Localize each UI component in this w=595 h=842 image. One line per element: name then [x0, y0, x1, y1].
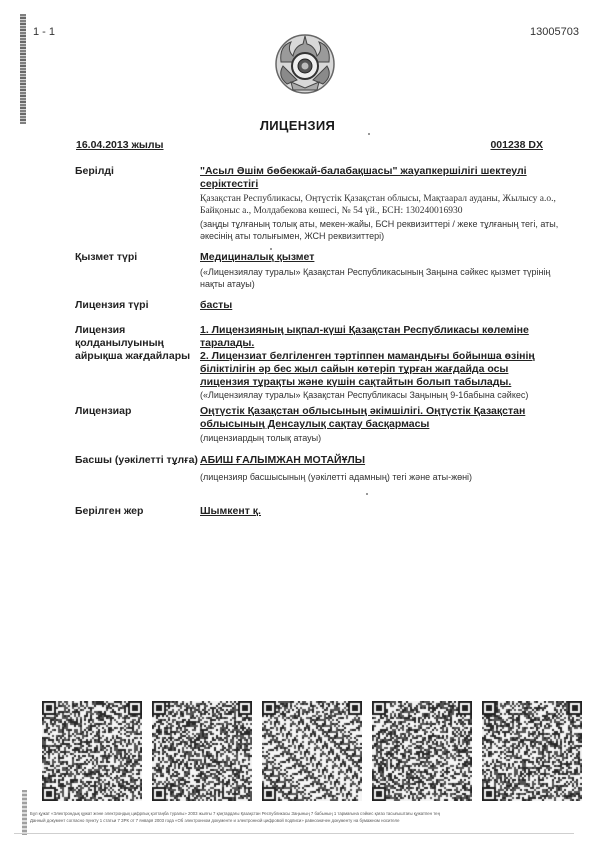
- head-note: (лицензияр басшысының (уәкілетті адамның…: [200, 472, 555, 484]
- scan-edge-artifact: [20, 14, 26, 124]
- issue-date: 16.04.2013 жылы: [76, 139, 164, 151]
- footer-legal-kz: Бұл құжат «Электрондық құжат және электр…: [30, 811, 570, 816]
- place-of-issue-label: Берілген жер: [75, 505, 200, 518]
- scan-speck: [368, 133, 370, 135]
- special-conditions-value-1: 1. Лицензияның ықпал-күші Қазақстан Респ…: [200, 324, 560, 350]
- license-number: 001238 DX: [490, 139, 543, 151]
- special-conditions-label: Лицензия қолданылуының айрықша жағдайлар…: [75, 324, 195, 363]
- scan-speck: [270, 248, 272, 250]
- head-value: АБИШ ҒАЛЫМЖАН МОТАЙҰЛЫ: [200, 454, 560, 467]
- page-indicator: 1 - 1: [33, 26, 55, 38]
- head-label: Басшы (уәкілетті тұлға): [75, 454, 200, 467]
- special-conditions-note: («Лицензиялау туралы» Қазақстан Республи…: [200, 390, 570, 402]
- kazakhstan-state-emblem-icon: [273, 32, 337, 96]
- issued-to-value: "Асыл Әшім бөбекжай-балабақшасы" жауапке…: [200, 165, 560, 191]
- qr-code-5: [482, 701, 582, 801]
- document-title: ЛИЦЕНЗИЯ: [0, 118, 595, 133]
- scan-speck: [366, 493, 368, 495]
- activity-type-note: («Лицензиялау туралы» Қазақстан Республи…: [200, 267, 555, 290]
- place-of-issue-value: Шымкент қ.: [200, 505, 560, 518]
- footer-legal-ru: Данный документ согласно пункту 1 статьи…: [30, 818, 570, 823]
- activity-type-label: Қызмет түрі: [75, 251, 200, 264]
- licensor-label: Лицензиар: [75, 405, 200, 418]
- licensor-note: (лицензиардың толық атауы): [200, 433, 555, 445]
- qr-code-1: [42, 701, 142, 801]
- document-number: 13005703: [530, 26, 579, 38]
- scan-edge-artifact: [22, 790, 27, 835]
- license-type-value: басты: [200, 299, 560, 312]
- issued-to-label: Берілді: [75, 165, 200, 178]
- qr-code-2: [152, 701, 252, 801]
- issued-to-note: (заңды тұлғаның толық аты, мекен-жайы, Б…: [200, 219, 560, 242]
- qr-code-4: [372, 701, 472, 801]
- licensor-value: Оңтүстік Қазақстан облысының әкімшілігі.…: [200, 405, 540, 431]
- license-type-label: Лицензия түрі: [75, 299, 200, 312]
- qr-code-3: [262, 701, 362, 801]
- issued-to-address: Қазақстан Республикасы, Оңтүстік Қазақст…: [200, 193, 560, 217]
- footer-divider: [14, 833, 574, 834]
- special-conditions-value-2: 2. Лицензиат белгіленген тәртіппен маман…: [200, 350, 560, 389]
- activity-type-value: Медициналық қызмет: [200, 251, 560, 264]
